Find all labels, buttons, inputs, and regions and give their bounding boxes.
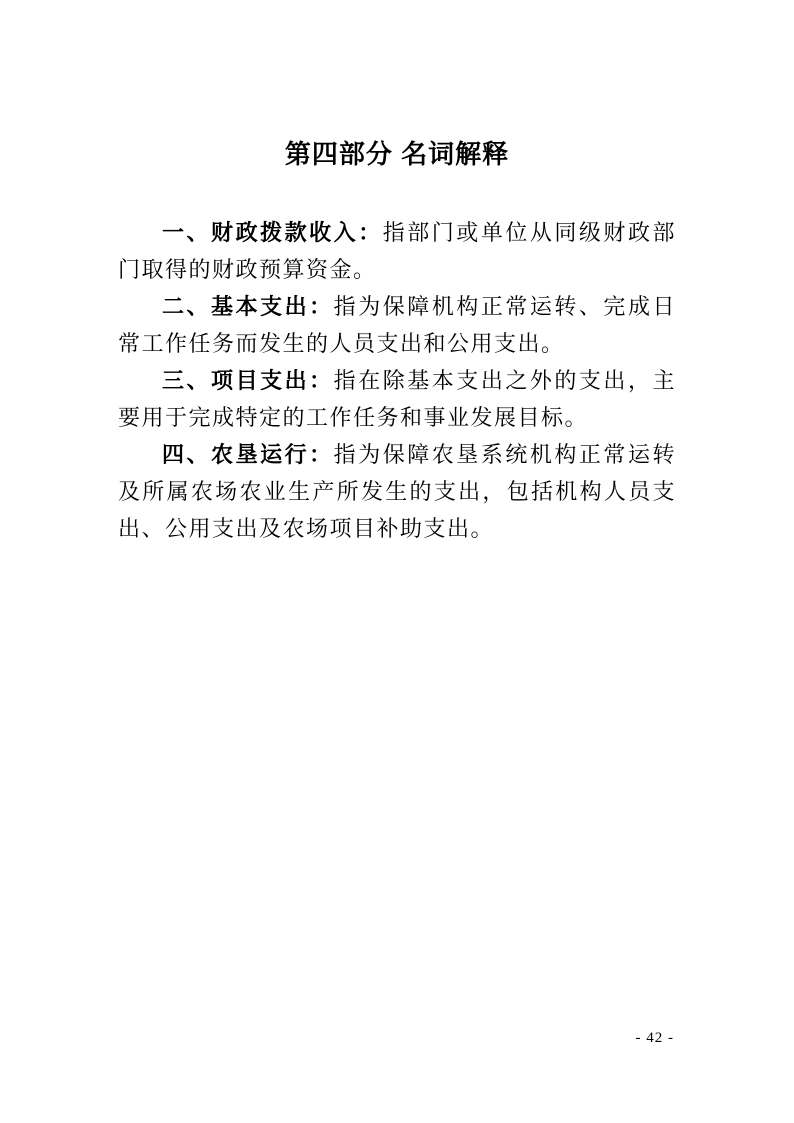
term-paragraph-3: 三、项目支出：指在除基本支出之外的支出，主要用于完成特定的工作任务和事业发展目标… (118, 362, 676, 436)
term-paragraph-1: 一、财政拨款收入：指部门或单位从同级财政部门取得的财政预算资金。 (118, 214, 676, 288)
section-title: 第四部分 名词解释 (118, 138, 676, 170)
term-paragraph-2: 二、基本支出：指为保障机构正常运转、完成日常工作任务而发生的人员支出和公用支出。 (118, 288, 676, 362)
term-paragraph-4: 四、农垦运行：指为保障农垦系统机构正常运转及所属农场农业生产所发生的支出，包括机… (118, 436, 676, 547)
term-label: 三、项目支出： (162, 368, 334, 393)
page-number: - 42 - (636, 1030, 675, 1047)
document-content: 第四部分 名词解释 一、财政拨款收入：指部门或单位从同级财政部门取得的财政预算资… (118, 138, 676, 547)
term-label: 二、基本支出： (162, 294, 334, 319)
document-page: 第四部分 名词解释 一、财政拨款收入：指部门或单位从同级财政部门取得的财政预算资… (0, 0, 794, 1123)
term-label: 一、财政拨款收入： (162, 220, 383, 245)
term-label: 四、农垦运行： (162, 442, 334, 467)
